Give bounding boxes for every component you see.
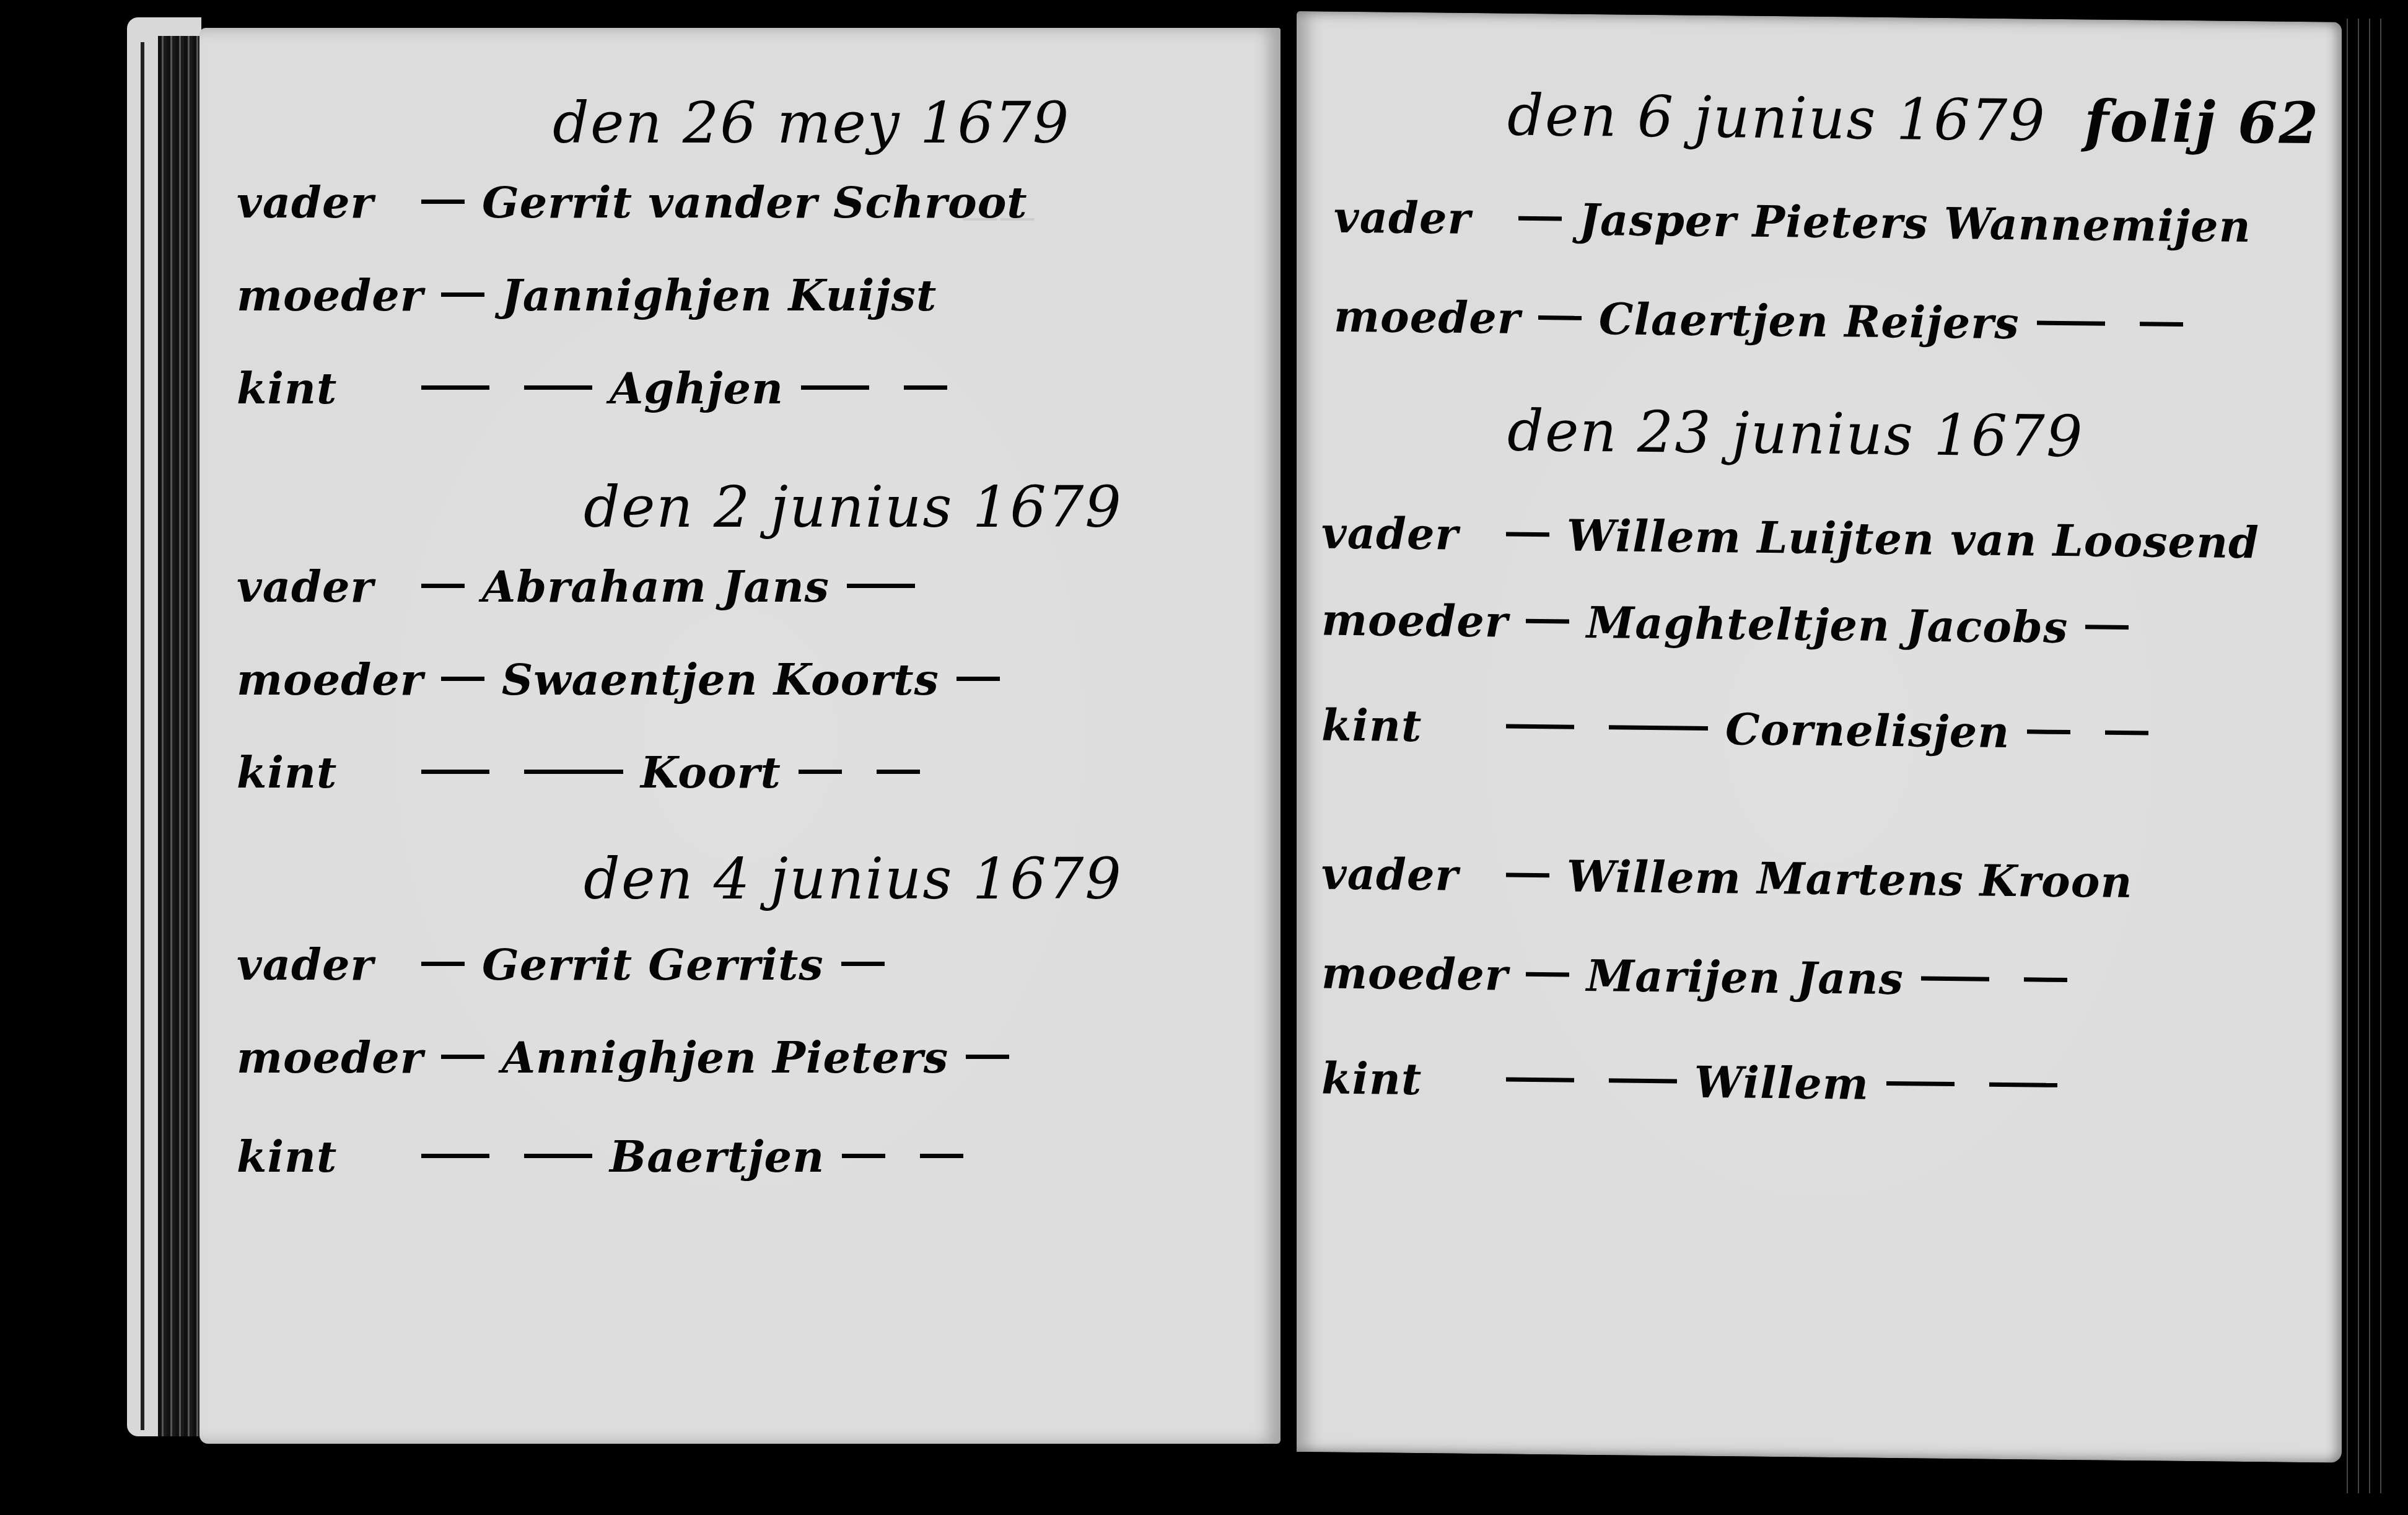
father-name: Gerrit vander Schroot — [482, 177, 1028, 228]
mother-label: moeder — [1321, 594, 1508, 647]
mother-name: Swaentjen Koorts — [502, 654, 939, 705]
child-name: Koort — [641, 747, 781, 798]
child-row: kintBaertjen — [237, 1131, 981, 1182]
dash — [2024, 977, 2067, 982]
dash — [2027, 729, 2070, 734]
folio-number: folij 62 — [2084, 87, 2319, 157]
dash — [421, 584, 465, 588]
dash — [1538, 315, 1582, 320]
dash — [2140, 322, 2183, 327]
father-row: vaderWillem Martens Kroon — [1321, 848, 2132, 908]
dash — [904, 385, 947, 390]
father-row: vaderGerrit Gerrits — [237, 939, 902, 990]
dash — [421, 962, 465, 966]
mother-row: moederMarijen Jans — [1321, 947, 2085, 1006]
entry-date: den 4 junius 1679 — [584, 846, 1123, 912]
mother-label: moeder — [237, 270, 424, 321]
dash — [1886, 1081, 1955, 1086]
mother-row: moederClaertjen Reijers — [1334, 291, 2200, 351]
father-label: vader — [237, 939, 404, 990]
mother-name: Annighjen Pieters — [502, 1032, 949, 1083]
father-name: Abraham Jans — [482, 561, 830, 612]
entry-date: den 6 junius 1679 folij 62 — [1507, 82, 2319, 157]
dash — [421, 200, 465, 204]
dash — [1506, 872, 1549, 877]
entry-date: den 23 junius 1679 — [1507, 398, 2083, 470]
dash — [801, 385, 869, 390]
father-row: vaderWillem Luijten van Loosend — [1321, 507, 2259, 568]
mother-label: moeder — [1321, 947, 1508, 1000]
dash — [441, 1055, 484, 1059]
dash — [2105, 730, 2148, 735]
dash — [920, 1154, 963, 1158]
dash — [441, 292, 484, 297]
mother-row: moederJannighjen Kuijst — [237, 270, 937, 321]
dash — [2037, 320, 2105, 325]
child-name: Cornelisjen — [1725, 703, 2010, 758]
father-row: vaderJasper Pieters Wannemijen — [1334, 191, 2251, 253]
father-name: Jasper Pieters Wannemijen — [1579, 194, 2251, 252]
dash — [1506, 532, 1549, 537]
dash — [1609, 1078, 1677, 1083]
dash — [421, 1154, 489, 1158]
father-label: vader — [237, 561, 404, 612]
mother-name: Jannighjen Kuijst — [502, 270, 937, 321]
mother-name: Claertjen Reijers — [1599, 293, 2020, 349]
dash — [524, 770, 623, 774]
child-label: kint — [237, 362, 404, 414]
father-name: Willem Luijten van Loosend — [1567, 510, 2259, 569]
dash — [1526, 972, 1569, 977]
entry-date: den 26 mey 1679 — [553, 90, 1070, 156]
dash — [842, 1154, 885, 1158]
dash — [1526, 618, 1569, 623]
dash — [524, 1154, 592, 1158]
mother-row: moederMaghteltjen Jacobs — [1321, 594, 2146, 654]
mother-row: moederAnnighjen Pieters — [237, 1032, 1027, 1083]
dash — [524, 385, 592, 390]
dash — [441, 677, 484, 681]
mother-label: moeder — [1334, 291, 1521, 344]
father-row: vaderAbraham Jans — [237, 561, 932, 612]
right-page: den 6 junius 1679 folij 62 vaderJasper P… — [1297, 11, 2342, 1463]
mother-label: moeder — [237, 654, 424, 705]
dash — [1989, 1082, 2057, 1087]
child-row: kintCornelisjen — [1321, 699, 2166, 759]
child-name: Baertjen — [610, 1131, 825, 1182]
mother-name: Marijen Jans — [1587, 950, 1904, 1004]
father-label: vader — [1334, 191, 1501, 245]
child-label: kint — [237, 1131, 404, 1182]
father-label: vader — [1321, 848, 1489, 901]
dash — [877, 770, 920, 774]
dash — [1921, 976, 1989, 981]
left-page: —— den 26 mey 1679 vaderGerrit vander Sc… — [199, 28, 1281, 1444]
mother-label: moeder — [237, 1032, 424, 1083]
dash — [1518, 216, 1562, 221]
child-row: kintWillem — [1321, 1052, 2075, 1112]
mother-row: moederSwaentjen Koorts — [237, 654, 1017, 705]
child-name: Willem — [1694, 1056, 1869, 1110]
dash — [1506, 724, 1574, 729]
entry-date: den 2 junius 1679 — [584, 474, 1123, 540]
dash — [847, 584, 915, 588]
book-page-edges-left — [127, 17, 201, 1436]
child-label: kint — [237, 747, 404, 798]
father-label: vader — [1321, 507, 1489, 560]
dash — [957, 677, 1000, 681]
dash — [1506, 1077, 1574, 1082]
father-name: Willem Martens Kroon — [1567, 851, 2132, 908]
entry-date-text: den 6 junius 1679 — [1507, 82, 2046, 154]
child-row: kintAghjen — [237, 362, 965, 414]
child-name: Aghjen — [610, 362, 784, 414]
dash — [421, 385, 489, 390]
book-page-edges-right — [2342, 19, 2385, 1493]
child-label: kint — [1321, 699, 1489, 752]
dash — [841, 962, 885, 966]
father-row: vaderGerrit vander Schroot — [237, 177, 1028, 228]
father-name: Gerrit Gerrits — [482, 939, 824, 990]
father-label: vader — [237, 177, 404, 228]
dash — [2085, 625, 2129, 630]
dash — [421, 770, 489, 774]
mother-name: Maghteltjen Jacobs — [1587, 597, 2069, 653]
dash — [966, 1055, 1009, 1059]
child-label: kint — [1321, 1052, 1489, 1105]
dash — [1609, 725, 1708, 731]
dash — [799, 770, 842, 774]
child-row: kintKoort — [237, 747, 937, 798]
